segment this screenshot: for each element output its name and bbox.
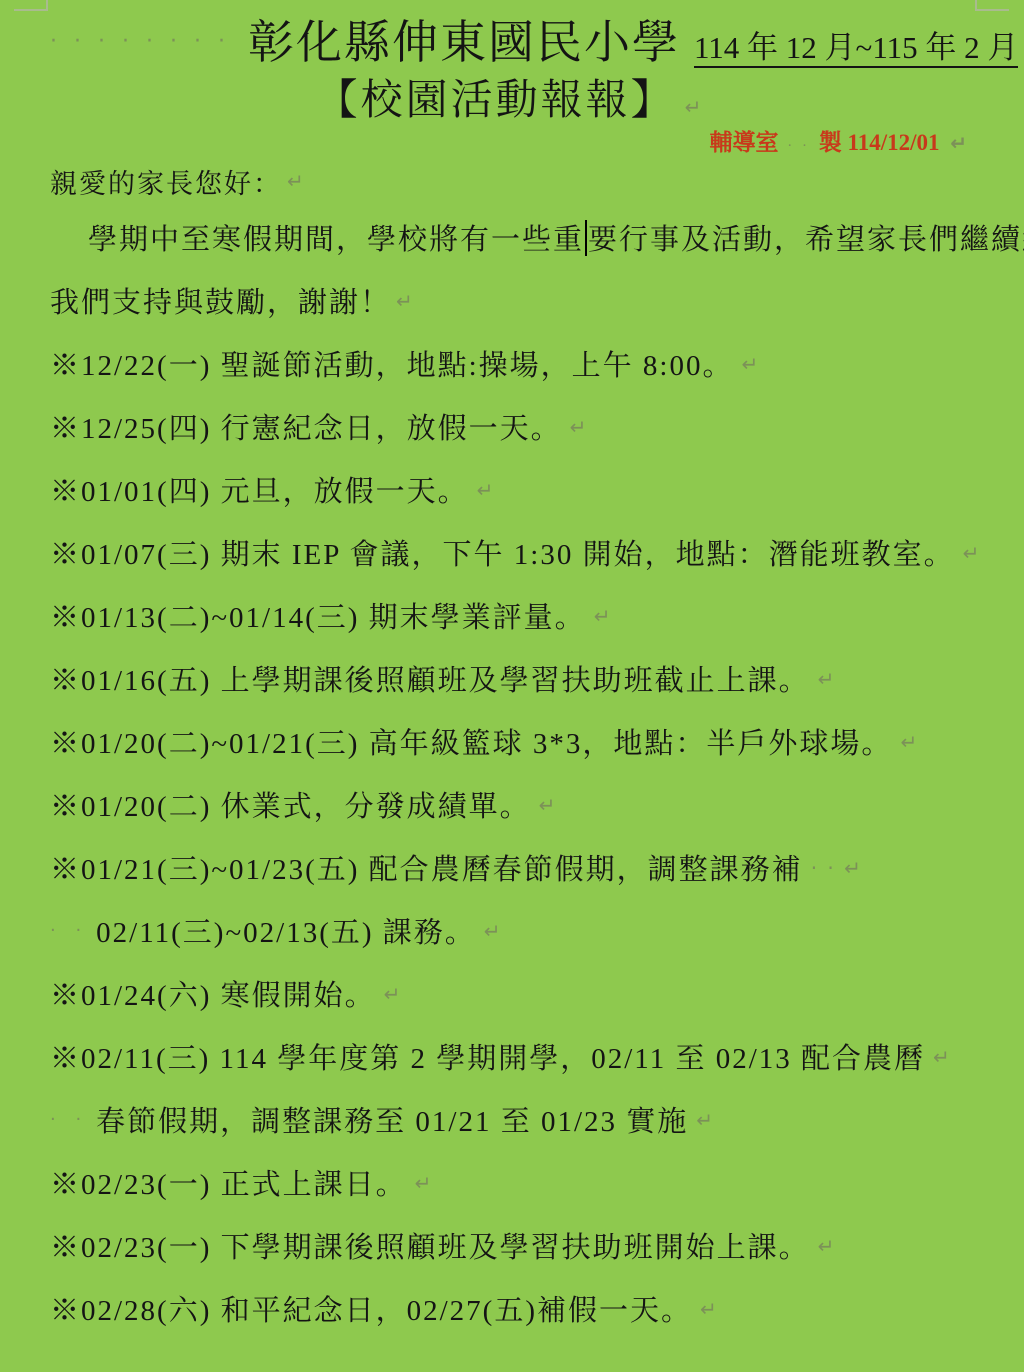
- event-line: ※02/23(一) 下學期課後照顧班及學習扶助班開始上課。 ↵: [50, 1214, 969, 1277]
- event-list: ※12/22(一) 聖誕節活動，地點:操場，上午 8:00。 ↵ ※12/25(…: [50, 332, 969, 1340]
- line-break-mark: ↵: [696, 1108, 715, 1132]
- space-marks: · ·: [787, 138, 810, 154]
- event-text: ※02/23(一) 正式上課日。: [50, 1162, 407, 1203]
- line-break-mark: ↵: [415, 1171, 434, 1195]
- issuer-line: 輔導室 · · 製 114/12/01 ↵: [50, 130, 969, 156]
- text-boundary-mark-top-left: [14, 0, 48, 11]
- event-text: ※01/01(四) 元旦，放假一天。: [50, 469, 469, 510]
- event-line: ※01/24(六) 寒假開始。 ↵: [50, 962, 969, 1025]
- line-break-mark: ↵: [396, 289, 415, 313]
- line-break-mark: ↵: [685, 95, 704, 119]
- event-text: ※01/13(二)~01/14(三) 期末學業評量。: [50, 595, 586, 636]
- event-text: ※02/23(一) 下學期課後照顧班及學習扶助班開始上課。: [50, 1225, 810, 1266]
- line-break-mark: ↵: [700, 1297, 719, 1321]
- text-cursor: [585, 220, 587, 256]
- line-break-mark: ↵: [742, 352, 761, 376]
- event-line: ※12/22(一) 聖誕節活動，地點:操場，上午 8:00。 ↵: [50, 332, 969, 395]
- event-text: ※01/16(五) 上學期課後照顧班及學習扶助班截止上課。: [50, 658, 810, 699]
- event-line: · · 02/11(三)~02/13(五) 課務。 ↵: [50, 899, 969, 962]
- issue-date: 製 114/12/01: [819, 130, 940, 155]
- line-break-mark: ↵: [594, 604, 613, 628]
- text-boundary-mark-top-right: [975, 0, 1009, 11]
- event-text: ※01/21(三)~01/23(五) 配合農曆春節假期，調整課務補: [50, 847, 803, 888]
- space-marks: ········: [50, 29, 242, 54]
- line-break-mark: ↵: [287, 169, 306, 193]
- event-line: ※02/11(三) 114 學年度第 2 學期開學，02/11 至 02/13 …: [50, 1025, 969, 1088]
- event-text: ※02/11(三) 114 學年度第 2 學期開學，02/11 至 02/13 …: [50, 1036, 925, 1077]
- event-text: ※01/20(二) 休業式，分發成績單。: [50, 784, 531, 825]
- event-line: ※12/25(四) 行憲紀念日，放假一天。 ↵: [50, 395, 969, 458]
- line-break-mark: ↵: [933, 1045, 952, 1069]
- line-break-mark: ↵: [477, 478, 496, 502]
- event-line: ※01/21(三)~01/23(五) 配合農曆春節假期，調整課務補 · · ↵: [50, 836, 969, 899]
- event-line: ※02/23(一) 正式上課日。 ↵: [50, 1151, 969, 1214]
- event-text: ※01/24(六) 寒假開始。: [50, 973, 376, 1014]
- line-break-mark: ↵: [818, 667, 837, 691]
- intro-text-after-cursor: 要行事及活動，希望家長們繼續給: [588, 217, 1024, 258]
- newsletter-title-line: ········ 彰化縣伸東國民小學 114 年 12 月~115 年 2 月 …: [50, 12, 969, 72]
- issuer-department: 輔導室: [709, 130, 778, 155]
- line-break-mark: ↵: [818, 1234, 837, 1258]
- intro-text-before-cursor: 學期中至寒假期間，學校將有一些重: [88, 217, 584, 258]
- intro-line-1: 學期中至寒假期間，學校將有一些重 要行事及活動，希望家長們繼續給: [50, 206, 969, 269]
- line-break-mark: ↵: [384, 982, 403, 1006]
- newsletter-subtitle-line: 【校園活動報報】 ↵: [50, 72, 969, 130]
- intro-line-2: 我們支持與鼓勵，謝謝！ ↵: [50, 269, 969, 332]
- line-break-mark: ↵: [963, 541, 982, 565]
- event-text: ※01/20(二)~01/21(三) 高年級籃球 3*3，地點：半戶外球場。: [50, 721, 892, 762]
- event-line: ※02/28(六) 和平紀念日，02/27(五)補假一天。 ↵: [50, 1277, 969, 1340]
- space-marks: · ·: [50, 1109, 88, 1130]
- greeting-line: 親愛的家長您好： ↵: [50, 156, 969, 206]
- line-break-mark: ↵: [484, 919, 503, 943]
- date-range: 114 年 12 月~115 年 2 月: [694, 30, 1018, 68]
- event-text: ※12/25(四) 行憲紀念日，放假一天。: [50, 406, 562, 447]
- line-break-mark: ↵: [900, 730, 919, 754]
- line-break-mark: ↵: [539, 793, 558, 817]
- event-text: ※01/07(三) 期末 IEP 會議，下午 1:30 開始，地點：潛能班教室。: [50, 532, 955, 573]
- event-line: ※01/20(二) 休業式，分發成績單。 ↵: [50, 773, 969, 836]
- intro-text: 我們支持與鼓勵，謝謝！: [50, 280, 391, 321]
- event-line: · · 春節假期，調整課務至 01/21 至 01/23 實施 ↵: [50, 1088, 969, 1151]
- event-line: ※01/01(四) 元旦，放假一天。 ↵: [50, 458, 969, 521]
- line-break-mark: · · ↵: [811, 856, 863, 880]
- event-line: ※01/20(二)~01/21(三) 高年級籃球 3*3，地點：半戶外球場。 ↵: [50, 710, 969, 773]
- event-text: ※02/28(六) 和平紀念日，02/27(五)補假一天。: [50, 1288, 692, 1329]
- event-text: ※12/22(一) 聖誕節活動，地點:操場，上午 8:00。: [50, 343, 734, 384]
- event-text: 春節假期，調整課務至 01/21 至 01/23 實施: [96, 1099, 688, 1140]
- line-break-mark: ↵: [570, 415, 589, 439]
- event-line: ※01/07(三) 期末 IEP 會議，下午 1:30 開始，地點：潛能班教室。…: [50, 521, 969, 584]
- event-text: 02/11(三)~02/13(五) 課務。: [96, 910, 476, 951]
- space-marks: · ·: [50, 920, 88, 941]
- event-line: ※01/13(二)~01/14(三) 期末學業評量。 ↵: [50, 584, 969, 647]
- line-break-mark: ↵: [950, 131, 969, 155]
- greeting-text: 親愛的家長您好：: [50, 162, 282, 201]
- school-name: 彰化縣伸東國民小學: [248, 17, 680, 68]
- document-page[interactable]: ········ 彰化縣伸東國民小學 114 年 12 月~115 年 2 月 …: [0, 0, 1024, 1372]
- document-content: ········ 彰化縣伸東國民小學 114 年 12 月~115 年 2 月 …: [0, 0, 1024, 1340]
- newsletter-subtitle: 【校園活動報報】: [316, 78, 676, 124]
- event-line: ※01/16(五) 上學期課後照顧班及學習扶助班截止上課。 ↵: [50, 647, 969, 710]
